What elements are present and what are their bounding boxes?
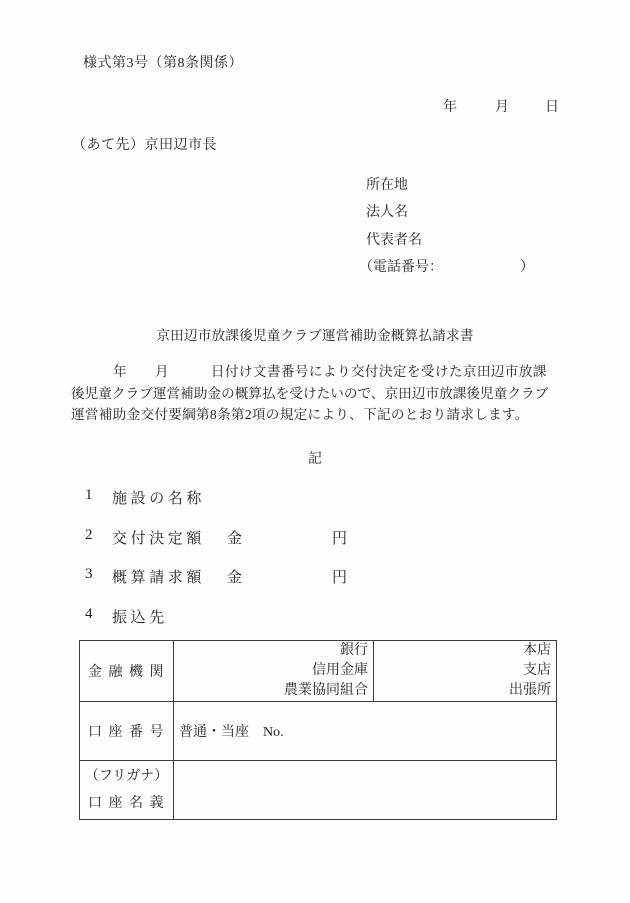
table-row-account-name: （フリガナ） 口 座 名 義 <box>80 761 556 819</box>
account-name-blank-cell <box>174 761 556 819</box>
account-number-header-cell: 口 座 番 号 <box>80 702 174 760</box>
item-number: 3 <box>85 566 93 583</box>
item-number: 2 <box>85 527 93 544</box>
account-number-label: 口 座 番 号 <box>88 721 165 741</box>
body-line-3: 運営補助金交付要綱第8条第2項の規定により、下記のとおり請求します。 <box>71 404 555 426</box>
item-label: 概算請求額 <box>112 566 205 587</box>
account-number-value-cell: 普通・当座 No. <box>174 702 556 760</box>
branch-type-sub-branch: 出張所 <box>379 681 551 701</box>
item-number: 1 <box>85 487 93 504</box>
document-title: 京田辺市放課後児童クラブ運営補助金概算払請求書 <box>0 324 630 344</box>
institution-type-agricultural-coop: 農業協同組合 <box>179 681 368 701</box>
currency-suffix-label: 円 <box>332 566 347 587</box>
list-item-transfer-destination: 4 振込先 <box>0 606 630 624</box>
addressee-line: （あて先）京田辺市長 <box>72 134 217 154</box>
list-item-estimated-claim-amount: 3 概算請求額 金 円 <box>0 566 630 584</box>
body-paragraph: 年 月 日付け文書番号により交付決定を受けた京田辺市放課 後児童クラブ運営補助金… <box>71 361 555 426</box>
date-day-label: 日 <box>545 96 559 116</box>
table-row-account-number: 口 座 番 号 普通・当座 No. <box>80 702 556 761</box>
sender-address-label: 所在地 <box>366 172 534 199</box>
body-line-1: 年 月 日付け文書番号により交付決定を受けた京田辺市放課 <box>71 361 555 383</box>
account-name-header-cell: （フリガナ） 口 座 名 義 <box>80 761 174 819</box>
date-year-label: 年 <box>443 96 457 116</box>
item-label: 施設の名称 <box>112 487 205 508</box>
branch-type-head-office: 本店 <box>379 641 551 661</box>
financial-institution-label: 金 融 機 関 <box>88 661 165 681</box>
currency-prefix-label: 金 <box>227 527 242 548</box>
item-label: 交付決定額 <box>112 527 205 548</box>
table-row-financial-institution: 金 融 機 関 銀行 信用金庫 農業協同組合 本店 支店 出張所 <box>80 641 556 702</box>
date-month-label: 月 <box>495 96 509 116</box>
item-number: 4 <box>85 606 93 623</box>
sender-block: 所在地 法人名 代表者名 （電話番号： ） <box>366 172 534 281</box>
list-item-grant-decision-amount: 2 交付決定額 金 円 <box>0 527 630 545</box>
furigana-label: （フリガナ） <box>85 763 168 790</box>
currency-prefix-label: 金 <box>227 566 242 587</box>
sender-representative-label: 代表者名 <box>366 227 534 254</box>
institution-type-credit-union: 信用金庫 <box>179 661 368 681</box>
branch-type-cell: 本店 支店 出張所 <box>374 641 556 701</box>
body-line-2: 後児童クラブ運営補助金の概算払を受けたいので、京田辺市放課後児童クラブ <box>71 383 555 405</box>
document-page: 様式第3号（第8条関係） 年 月 日 （あて先）京田辺市長 所在地 法人名 代表… <box>0 0 630 903</box>
institution-type-bank: 銀行 <box>179 641 368 661</box>
list-item-facility-name: 1 施設の名称 <box>0 487 630 505</box>
sender-corporate-name-label: 法人名 <box>366 199 534 226</box>
item-label: 振込先 <box>112 606 168 627</box>
date-line: 年 月 日 <box>0 96 630 112</box>
currency-suffix-label: 円 <box>332 527 347 548</box>
bank-transfer-table: 金 融 機 関 銀行 信用金庫 農業協同組合 本店 支店 出張所 口 座 番 号… <box>79 640 557 820</box>
financial-institution-header-cell: 金 融 機 関 <box>80 641 174 701</box>
account-name-label: 口 座 名 義 <box>88 790 165 817</box>
form-number: 様式第3号（第8条関係） <box>83 52 243 72</box>
branch-type-branch: 支店 <box>379 661 551 681</box>
record-marker: 記 <box>0 448 630 468</box>
sender-phone-label: （電話番号： ） <box>359 254 534 281</box>
institution-type-cell: 銀行 信用金庫 農業協同組合 <box>174 641 374 701</box>
